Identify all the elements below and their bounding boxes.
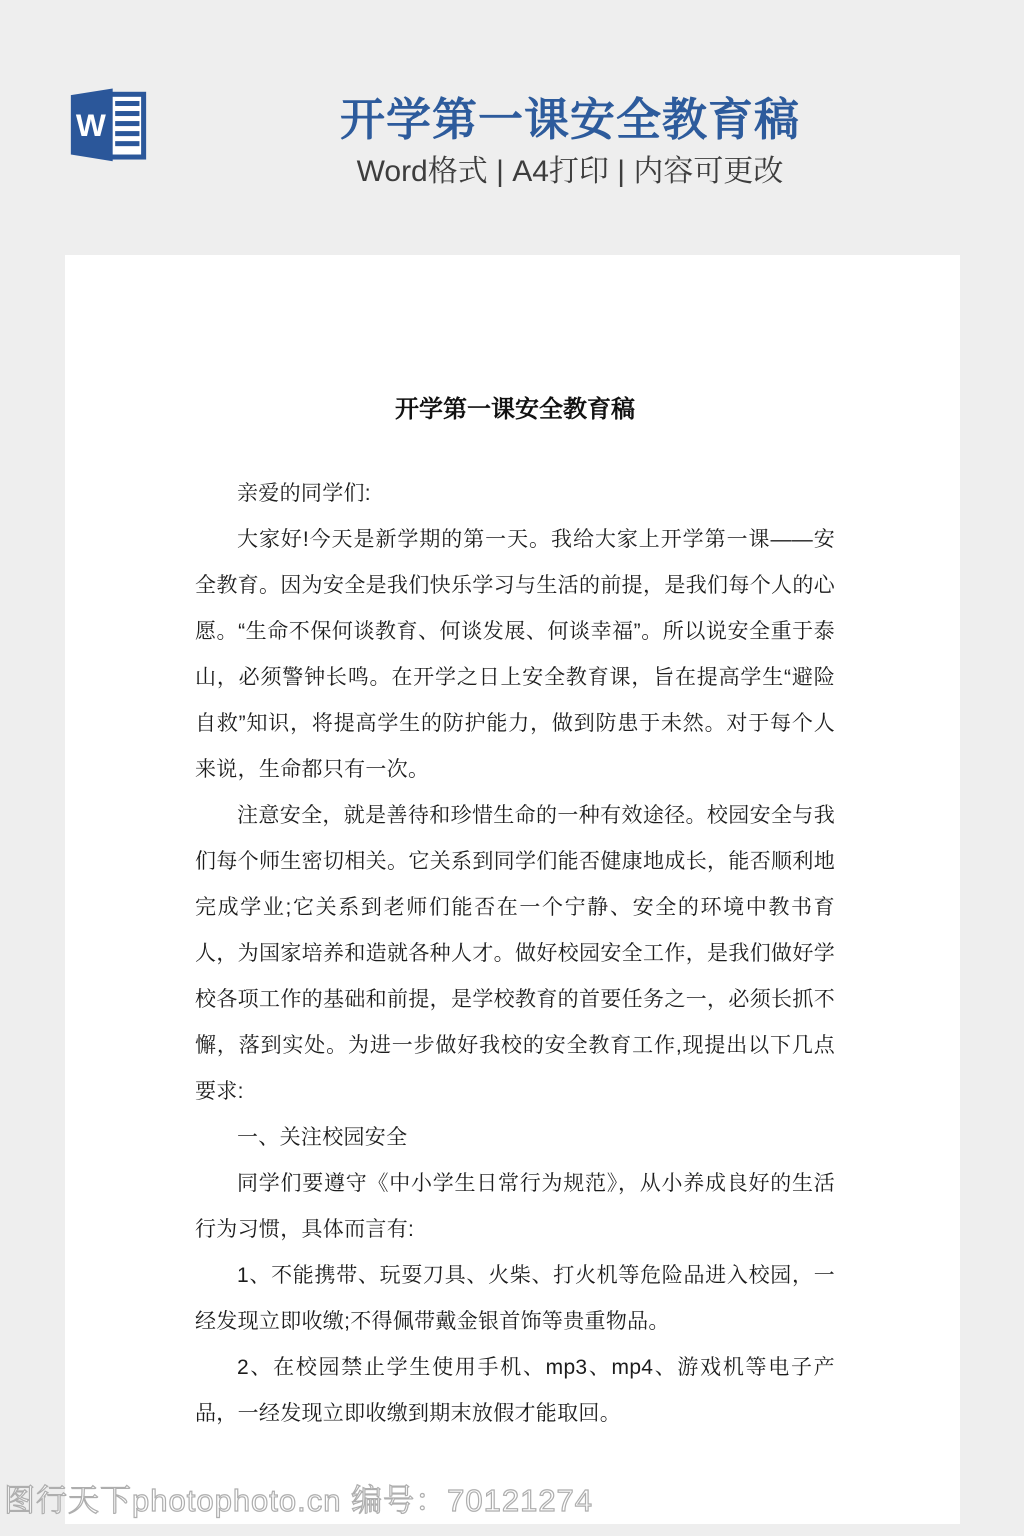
document-title: 开学第一课安全教育稿 bbox=[195, 393, 835, 427]
paragraph-safety-importance: 注意安全，就是善待和珍惜生命的一种有效途径。校园安全与我们每个师生密切相关。它关… bbox=[195, 793, 835, 1115]
template-subtitle: Word格式 | A4打印 | 内容可更改 bbox=[116, 156, 1024, 188]
header: W 开学第一课安全教育稿 Word格式 | A4打印 | 内容可更改 bbox=[0, 0, 1024, 255]
header-text-block: 开学第一课安全教育稿 Word格式 | A4打印 | 内容可更改 bbox=[116, 96, 1024, 188]
watermark: 图行天下photophoto.cn 编号：70121274 bbox=[4, 1482, 593, 1520]
document-page: 开学第一课安全教育稿 亲爱的同学们: 大家好!今天是新学期的第一天。我给大家上开… bbox=[65, 255, 960, 1524]
paragraph-rule-2: 2、在校园禁止学生使用手机、mp3、mp4、游戏机等电子产品，一经发现立即收缴到… bbox=[195, 1345, 835, 1437]
paragraph-rule-1: 1、不能携带、玩耍刀具、火柴、打火机等危险品进入校园，一经发现立即收缴;不得佩带… bbox=[195, 1253, 835, 1345]
template-title: 开学第一课安全教育稿 bbox=[116, 96, 1024, 144]
template-preview: W 开学第一课安全教育稿 Word格式 | A4打印 | 内容可更改 开学第一课… bbox=[0, 0, 1024, 1536]
word-logo-letter: W bbox=[76, 107, 106, 143]
watermark-text: 图行天下photophoto.cn 编号：70121274 bbox=[4, 1483, 593, 1518]
paragraph-section-heading-1: 一、关注校园安全 bbox=[195, 1115, 835, 1161]
paragraph-rules-intro: 同学们要遵守《中小学生日常行为规范》，从小养成良好的生活行为习惯，具体而言有: bbox=[195, 1161, 835, 1253]
paragraph-salutation: 亲爱的同学们: bbox=[195, 471, 835, 517]
paragraph-intro: 大家好!今天是新学期的第一天。我给大家上开学第一课——安全教育。因为安全是我们快… bbox=[195, 517, 835, 793]
